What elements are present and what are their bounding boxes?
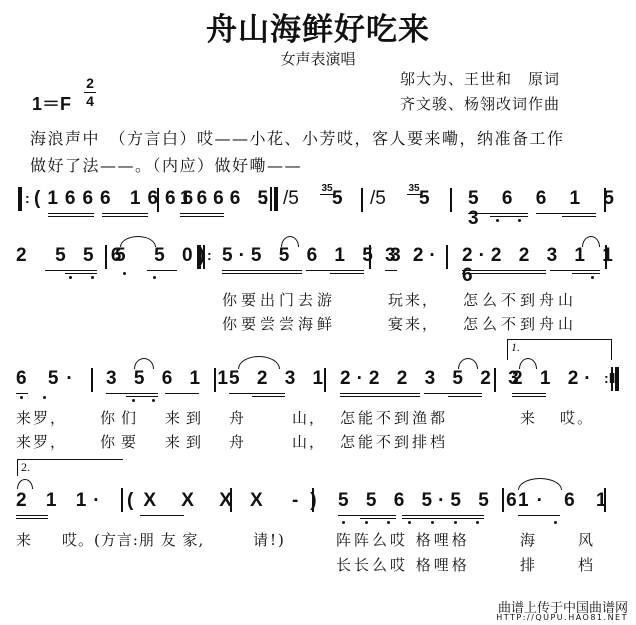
- barline: [450, 188, 452, 212]
- measure-5: 1· 6 1: [518, 491, 615, 511]
- measure-2: 1666 5: [180, 189, 274, 209]
- lyric-v2: 档: [578, 554, 595, 575]
- lyric-v2: 来到: [165, 431, 207, 452]
- barline: [157, 188, 159, 212]
- barline: [230, 488, 232, 512]
- underline: [402, 518, 484, 519]
- underline: [48, 216, 94, 217]
- measure-3-note: 5: [332, 189, 343, 209]
- underline: [65, 273, 97, 274]
- measure-5: 2 1 2·: [512, 369, 597, 389]
- underline: [340, 393, 420, 394]
- performer-label: 女声表演唱: [0, 48, 636, 69]
- measure-3: 5 2 3 1: [229, 369, 329, 389]
- lyric-v2-phrase-1: 你要尝尝海鲜: [222, 313, 336, 334]
- underline: [512, 396, 546, 397]
- underline: [562, 216, 596, 217]
- first-ending-label: 1.: [511, 340, 520, 355]
- underline: [462, 273, 546, 274]
- second-ending-label: 2.: [21, 460, 30, 475]
- measure-3-slide: /5: [283, 189, 299, 209]
- low-octave-dot: [454, 521, 457, 524]
- underline: [572, 273, 600, 274]
- measure-1: 2 1 1·: [16, 491, 107, 511]
- lyric-v2: 你要: [100, 431, 142, 452]
- low-octave-dot: [152, 399, 155, 402]
- low-octave-dot: [591, 276, 594, 279]
- measure-1: 6 5·: [16, 369, 81, 389]
- underline: [424, 393, 482, 394]
- intro-text-line1: 海浪声中 （方言白）哎——小花、小芳哎，客人要来嘞，纳准备工作: [30, 126, 565, 149]
- underline: [16, 393, 28, 394]
- lyric-v1: 你们: [100, 407, 142, 428]
- underline: [106, 393, 158, 394]
- lyric-v1: 哎。: [560, 407, 594, 428]
- measure-2: (X X X: [127, 491, 242, 511]
- barline: [203, 245, 205, 269]
- lyric-v1: 风: [578, 529, 595, 550]
- underline: [222, 273, 302, 274]
- lyric-v1: 来: [16, 529, 33, 550]
- lyric-v1: 来到: [165, 407, 207, 428]
- low-octave-dot: [554, 521, 557, 524]
- lyric-v1-phrase-2: 玩来，: [388, 289, 439, 310]
- barline: [604, 188, 606, 212]
- low-octave-dot: [153, 276, 156, 279]
- lyric-v2-phrase-3: 怎么不到舟山: [463, 313, 577, 334]
- barline: [121, 488, 123, 512]
- lyric-v1-phrase-3: 怎么不到舟山: [463, 289, 577, 310]
- underline: [16, 515, 48, 516]
- measure-5: 5 6 6 1 5 3: [468, 189, 636, 229]
- low-octave-dot: [408, 521, 411, 524]
- measure-4: 2·2 2 3 5 2 3: [340, 369, 525, 389]
- measure-1: 2 5 5 6: [16, 246, 127, 266]
- barline: [369, 245, 371, 269]
- underline: [102, 216, 148, 217]
- repeat-end-dots: :: [263, 189, 268, 209]
- lyric-v1: 海: [520, 529, 537, 550]
- slur: [518, 478, 562, 490]
- low-octave-dot: [431, 521, 434, 524]
- repeat-end-dots: :‖: [604, 368, 616, 388]
- underline: [338, 515, 396, 516]
- lyric-v1-phrase-1: 你要出门去游: [222, 289, 336, 310]
- underline: [402, 515, 484, 516]
- measure-5: 2·2 2 3 1 1 6: [462, 246, 636, 286]
- low-octave-dot: [69, 276, 72, 279]
- repeat-end-barline: [615, 367, 619, 391]
- lyric-v2-phrase-2: 宴来，: [388, 313, 439, 334]
- measure-3: 5·5 5 6 1 5 3: [222, 246, 407, 266]
- low-octave-dot: [20, 396, 23, 399]
- underline: [490, 216, 528, 217]
- barline: [214, 368, 216, 392]
- barline: [91, 368, 93, 392]
- slur: [17, 479, 33, 489]
- underline: [229, 393, 285, 394]
- low-octave-dot: [91, 276, 94, 279]
- repeat-dots: :: [207, 245, 212, 265]
- underline: [518, 515, 560, 516]
- repeat-end-barline: [274, 187, 278, 211]
- underline: [102, 213, 148, 214]
- underline: [462, 270, 546, 271]
- lyric-v1: 请!): [253, 529, 286, 550]
- underline: [468, 213, 528, 214]
- low-octave-dot: [518, 219, 521, 222]
- underline: [45, 270, 97, 271]
- lyric-v1: 山，: [292, 407, 326, 428]
- key-signature: 1＝F: [32, 90, 71, 116]
- barline: [502, 488, 504, 512]
- lyric-v2: 长长么哎 格哩格: [336, 554, 470, 575]
- song-title: 舟山海鲜好吃来: [0, 4, 636, 49]
- measure-4: 3 2·: [385, 246, 442, 266]
- barline: [270, 187, 272, 211]
- repeat-dots: :: [25, 188, 30, 208]
- underline: [252, 396, 285, 397]
- low-octave-dot: [342, 521, 345, 524]
- barline: [611, 367, 613, 391]
- intro-text-line2: 做好了法——。（内应）做好嘞——: [30, 153, 302, 176]
- underline: [330, 273, 364, 274]
- composer-credit: 齐文骏、杨翎改词作曲: [400, 93, 560, 114]
- first-ending-bracket: 1.: [507, 339, 612, 360]
- low-octave-dot: [387, 521, 390, 524]
- barline: [604, 488, 606, 512]
- low-octave-dot: [476, 521, 479, 524]
- barline: [361, 188, 363, 212]
- lyric-v1: 舟: [229, 407, 246, 428]
- underline: [147, 270, 177, 271]
- barline: [312, 488, 314, 512]
- low-octave-dot: [365, 521, 368, 524]
- underline: [48, 213, 94, 214]
- underline: [385, 270, 397, 271]
- lyric-v2: 排: [520, 554, 537, 575]
- underline: [340, 396, 420, 397]
- lyric-v1: 来罗，: [16, 407, 67, 428]
- lyric-v1: 阵阵么哎 格哩格: [336, 529, 470, 550]
- lyric-v1: 来: [520, 407, 537, 428]
- time-signature: 2 4: [84, 76, 96, 109]
- measure-4-slide: /5: [370, 189, 386, 209]
- watermark-url: HTTP://QUPU.HAO81.NET: [496, 613, 628, 622]
- second-ending-bracket: 2.: [17, 459, 123, 476]
- lyric-v1: 哎。(方言:朋 友 家,: [62, 529, 204, 550]
- repeat-start-barline: [18, 187, 22, 211]
- underline: [306, 270, 364, 271]
- underline: [180, 216, 224, 217]
- underline: [360, 518, 396, 519]
- barline: [324, 368, 326, 392]
- measure-1: (1666 1666: [34, 189, 200, 209]
- lyric-v1: 怎能不到渔都: [340, 407, 448, 428]
- repeat-start-barline: [197, 245, 201, 269]
- underline: [448, 396, 482, 397]
- underline: [180, 213, 224, 214]
- measure-4: 5 5 6 5·5 5 6: [338, 491, 523, 511]
- barline: [605, 245, 607, 269]
- underline: [512, 393, 546, 394]
- low-octave-dot: [43, 396, 46, 399]
- underline: [536, 213, 596, 214]
- underline: [165, 393, 199, 394]
- lyric-v2: 山，: [292, 431, 326, 452]
- underline: [550, 270, 600, 271]
- low-octave-dot: [496, 219, 499, 222]
- measure-4-note: 5: [419, 189, 430, 209]
- time-numerator: 2: [84, 76, 96, 91]
- time-denominator: 4: [84, 94, 96, 109]
- low-octave-dot: [123, 272, 126, 275]
- barline: [105, 245, 107, 269]
- lyricist-credit: 邬大为、王世和 原词: [400, 68, 560, 89]
- underline: [16, 518, 48, 519]
- barline: [494, 368, 496, 392]
- underline: [126, 396, 158, 397]
- measure-3: X -): [250, 491, 329, 511]
- lyric-v2: 舟: [229, 431, 246, 452]
- low-octave-dot: [132, 399, 135, 402]
- underline: [140, 515, 184, 516]
- lyric-v2: 怎能不到排档: [340, 431, 448, 452]
- lyric-v2: 来罗，: [16, 431, 67, 452]
- barline: [446, 245, 448, 269]
- underline: [222, 270, 302, 271]
